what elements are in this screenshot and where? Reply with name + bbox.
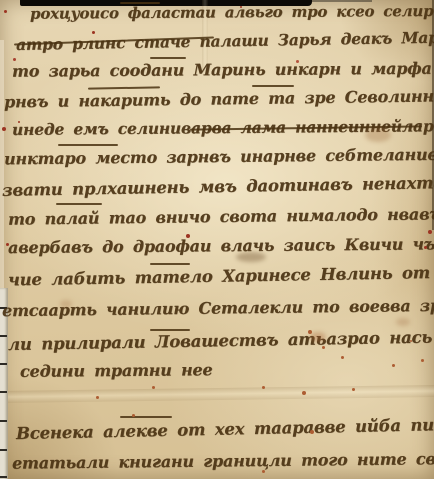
handwriting-line: чие лабить татело Харинесе Нвлинь от пот…: [8, 262, 434, 290]
handwriting-line: то зарьа соодани Маринь инкарн и марфа и…: [12, 58, 434, 80]
titlo-overline: [88, 86, 160, 89]
handwriting-line: инктаро место зарнвъ инарнве себтеланивъ: [4, 145, 434, 169]
handwriting-line: Всенека алекве от хех тааравве ийба пиль…: [16, 414, 434, 443]
paper-crease: [0, 385, 434, 403]
stain-spot: [302, 391, 306, 395]
titlo-overline: [120, 2, 160, 4]
stain-spot: [262, 386, 265, 389]
stain-spot: [240, 6, 242, 8]
handwriting-line: ли прилирали Ловашествъ атьазрао нась до: [8, 327, 434, 354]
stain-spot: [18, 121, 20, 123]
handwriting-line: авербавъ до драофаи влачь заись Квичи чъ…: [8, 234, 434, 257]
stain-spot: [13, 58, 16, 61]
stain-spot: [341, 356, 344, 359]
ink-smudge: [310, 332, 326, 342]
ruler-tick: [0, 391, 7, 393]
stain-spot: [6, 243, 9, 246]
stain-spot: [310, 430, 314, 434]
stain-spot: [424, 246, 427, 249]
handwriting-line: рохцуоисо фаластаи алвьго тро ксео селир…: [30, 1, 434, 22]
stain-spot: [152, 386, 155, 389]
handwriting-line: звати прлхашнень мвъ даотинавъ ненахта: [2, 173, 434, 200]
stain-spot: [2, 127, 6, 131]
stain-spot: [4, 10, 7, 13]
ruler-tick: [0, 363, 7, 365]
titlo-overline: [150, 57, 186, 59]
ruler-tick: [0, 335, 7, 337]
stain-spot: [262, 470, 265, 473]
ruler-tick: [0, 449, 7, 451]
ink-smudge: [365, 128, 391, 142]
manuscript-page: рохцуоисо фаластаи алвьго тро ксео селир…: [0, 0, 434, 479]
titlo-overline: [120, 416, 172, 418]
stain-spot: [92, 31, 95, 34]
ruler-tick: [0, 476, 7, 478]
handwriting-line: етатьали книгани границли того ните сваг…: [12, 448, 434, 472]
stain-spot: [428, 230, 432, 234]
ink-smudge: [60, 300, 72, 308]
stain-spot: [322, 346, 325, 349]
manuscript-photo: рохцуоисо фаластаи алвьго тро ксео селир…: [0, 0, 434, 479]
stain-spot: [132, 414, 135, 417]
stain-spot: [421, 359, 424, 362]
titlo-overline: [150, 263, 190, 265]
stain-spot: [392, 364, 395, 367]
handwriting-line: рнвъ и накарить до пате та зре Севолинна…: [4, 86, 434, 112]
ruler-tick: [0, 420, 7, 422]
titlo-overline: [252, 85, 294, 87]
titlo-overline: [58, 144, 118, 146]
stain-spot: [352, 388, 355, 391]
stain-spot: [296, 60, 299, 63]
ink-smudge: [236, 252, 266, 262]
titlo-overline: [56, 203, 102, 205]
stain-spot: [410, 340, 412, 342]
handwriting-line: то палай тао вничо свота нималодо нвавъ: [8, 204, 434, 228]
handwriting-line: седини тратни нее: [20, 360, 213, 381]
stain-spot: [186, 234, 190, 238]
stain-spot: [96, 396, 99, 399]
titlo-overline: [150, 329, 190, 331]
ink-smudge: [396, 318, 410, 326]
